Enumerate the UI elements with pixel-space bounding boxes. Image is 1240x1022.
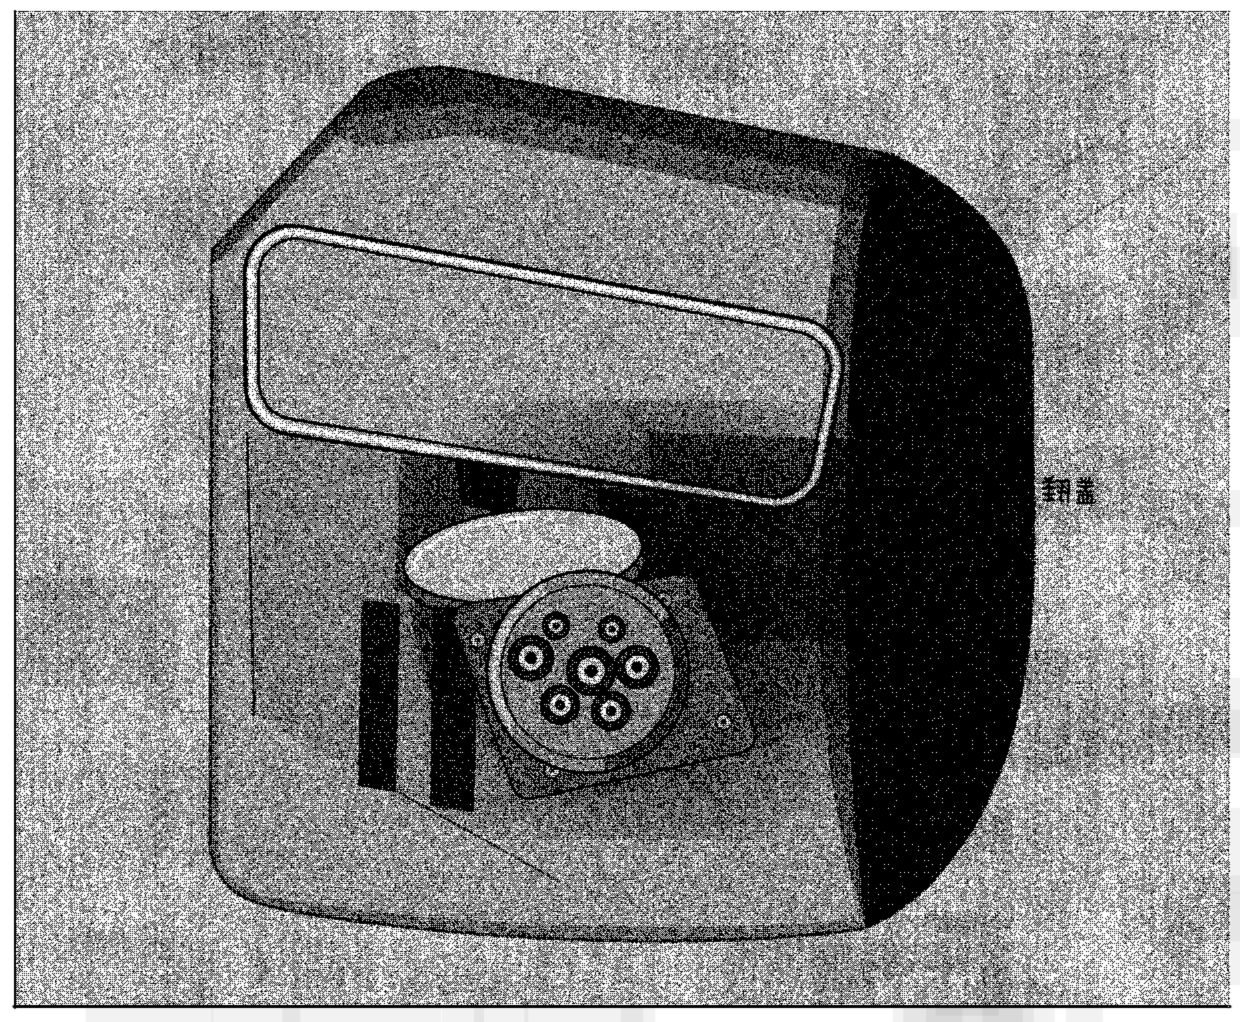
- figure-canvas: [0, 0, 1240, 1022]
- scanned-figure-page: 翻盖: [0, 0, 1240, 1022]
